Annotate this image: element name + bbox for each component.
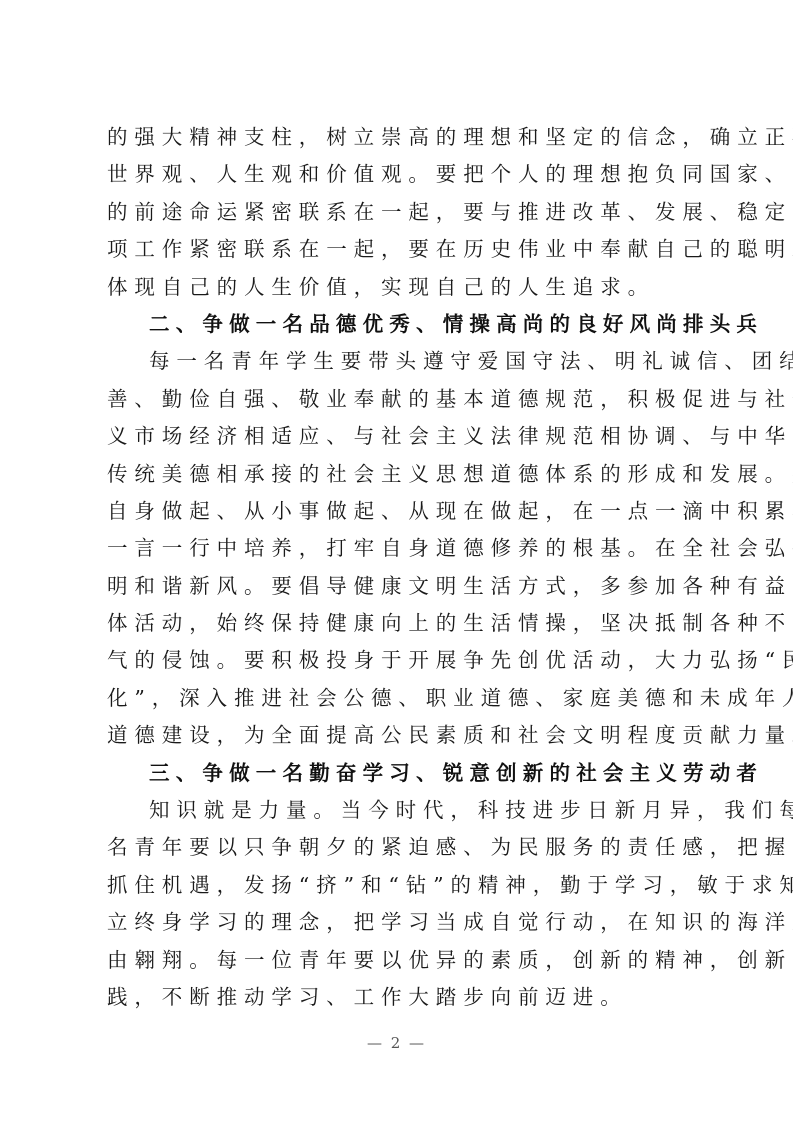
paragraph-line: 项工作紧密联系在一起，要在历史伟业中奉献自己的聪明才智， [107,231,697,268]
paragraph-line: 传统美德相承接的社会主义思想道德体系的形成和发展。要从 [107,456,697,493]
paragraph-line: 气的侵蚀。要积极投身于开展争先创优活动，大力弘扬“民族文 [107,642,697,679]
document-page: 的强大精神支柱，树立崇高的理想和坚定的信念，确立正确的 世界观、人生观和价值观。… [0,0,793,1122]
page-number: — 2 — [0,1034,793,1052]
paragraph-line: 化”，深入推进社会公德、职业道德、家庭美德和未成年人思想 [107,680,697,717]
paragraph-line: 体现自己的人生价值，实现自己的人生追求。 [107,269,697,306]
paragraph-line: 知识就是力量。当今时代，科技进步日新月异，我们每一 [107,792,697,829]
paragraph-line: 的强大精神支柱，树立崇高的理想和坚定的信念，确立正确的 [107,119,697,156]
paragraph-line: 由翱翔。每一位青年要以优异的素质，创新的精神，创新的实 [107,942,697,979]
paragraph-line: 自身做起、从小事做起、从现在做起，在一点一滴中积累、在 [107,493,697,530]
section-heading-2: 二、争做一名品德优秀、情操高尚的良好风尚排头兵 [107,306,697,343]
paragraph-line: 名青年要以只争朝夕的紧迫感、为民服务的责任感，把握时间， [107,829,697,866]
paragraph-line: 抓住机遇，发扬“挤”和“钻”的精神，勤于学习，敏于求知。要树 [107,867,697,904]
paragraph-line: 立终身学习的理念，把学习当成自觉行动，在知识的海洋里自 [107,904,697,941]
paragraph-line: 的前途命运紧密联系在一起，要与推进改革、发展、稳定的各 [107,194,697,231]
paragraph-line: 明和谐新风。要倡导健康文明生活方式，多参加各种有益的文 [107,568,697,605]
section-heading-3: 三、争做一名勤奋学习、锐意创新的社会主义劳动者 [107,755,697,792]
paragraph-line: 义市场经济相适应、与社会主义法律规范相协调、与中华民族 [107,418,697,455]
paragraph-line: 每一名青年学生要带头遵守爱国守法、明礼诚信、团结友 [107,343,697,380]
paragraph-line: 世界观、人生观和价值观。要把个人的理想抱负同国家、民族 [107,156,697,193]
paragraph-line: 体活动，始终保持健康向上的生活情操，坚决抵制各种不良风 [107,605,697,642]
paragraph-line: 一言一行中培养，打牢自身道德修养的根基。在全社会弘扬文 [107,530,697,567]
document-body: 的强大精神支柱，树立崇高的理想和坚定的信念，确立正确的 世界观、人生观和价值观。… [107,119,697,1016]
paragraph-line: 道德建设，为全面提高公民素质和社会文明程度贡献力量。 [107,717,697,754]
paragraph-line: 善、勤俭自强、敬业奉献的基本道德规范，积极促进与社会主 [107,381,697,418]
paragraph-line: 践，不断推动学习、工作大踏步向前迈进。 [107,979,697,1016]
